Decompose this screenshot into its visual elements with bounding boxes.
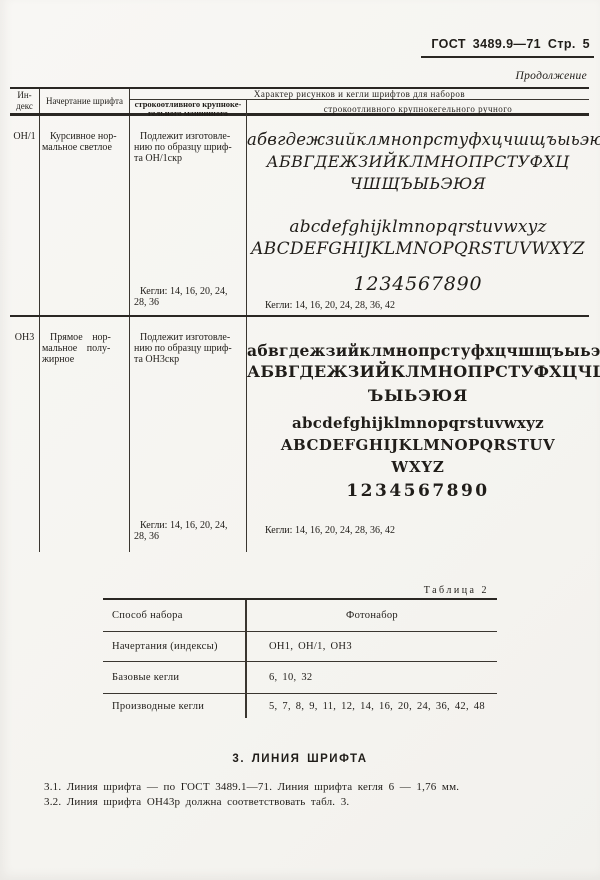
- specimen-cyrillic-uppercase-1: АБВГДЕЖЗИЙКЛМНОПРСТУФХЦЧШЩ: [247, 362, 589, 381]
- paragraph-3-1: 3.1. Линия шрифта — по ГОСТ 3489.1—71. Л…: [44, 780, 564, 795]
- manual-kegli: Кегли: 14, 16, 20, 24, 28, 36, 42: [265, 525, 395, 536]
- specimen-latin-lowercase: abcdefghijklmnopqrstuvwxyz: [247, 217, 589, 237]
- table2-header-row: Способ набора Фотонабор: [103, 600, 497, 632]
- font-specimen-table: Ин-декс Начертание шрифта Характер рисун…: [10, 87, 589, 552]
- cell-index: ОН/1: [10, 116, 40, 315]
- column-header-typeface: Начертание шрифта: [40, 89, 130, 113]
- table2-row-base-sizes: Базовые кегли 6, 10, 32: [103, 662, 497, 694]
- table2-row-derived-sizes: Производные кегли 5, 7, 8, 9, 11, 12, 14…: [103, 694, 497, 722]
- cell-machine-note: Подлежит изготовле- нию по образцу шриф-…: [130, 317, 247, 552]
- specimen-cyrillic-lowercase: абвгдежзийклмнопрстуфхцчшщъыьэюя: [247, 130, 589, 149]
- specimen-latin-lowercase: abcdefghijklmnopqrstuvwxyz: [247, 414, 589, 432]
- specimen-latin-uppercase: ABCDEFGHIJKLMNOPQRSTUVWXYZ: [247, 239, 589, 259]
- specimen-latin-uppercase-1: ABCDEFGHIJKLMNOPQRSTUV: [247, 436, 589, 454]
- table2-row-indices: Начертания (индексы) ОН1, ОН/1, ОН3: [103, 632, 497, 662]
- table2-caption: Таблица 2: [103, 585, 497, 596]
- specimen-cyrillic-lowercase: абвгдежзийклмнопрстуфхцчшщъыьэюя: [247, 341, 589, 360]
- scanned-document-page: ГОСТ 3489.9—71 Стр. 5 Продолжение Ин-дек…: [0, 0, 600, 880]
- cell-specimen-italic: абвгдежзийклмнопрстуфхцчшщъыьэюя АБВГДЕЖ…: [247, 116, 589, 315]
- cell-index: ОН3: [10, 317, 40, 552]
- cell-machine-note: Подлежит изготовле- нию по образцу шриф-…: [130, 116, 247, 315]
- font-table-header: Ин-декс Начертание шрифта Характер рисун…: [10, 87, 589, 116]
- section3-paragraphs: 3.1. Линия шрифта — по ГОСТ 3489.1—71. Л…: [44, 780, 564, 810]
- cell-typeface: Прямое нор- мальное полу- жирное: [40, 317, 130, 552]
- table2-header-value: Фотонабор: [245, 600, 497, 631]
- paragraph-3-2: 3.2. Линия шрифта ОН43р должна соответст…: [44, 795, 564, 810]
- specimen-cyrillic-uppercase-2: ЧШЩЪЫЬЭЮЯ: [247, 174, 589, 193]
- manual-kegli: Кегли: 14, 16, 20, 24, 28, 36, 42: [265, 300, 395, 311]
- table-row-on3: ОН3 Прямое нор- мальное полу- жирное Под…: [10, 317, 589, 552]
- specimen-latin-uppercase-2: WXYZ: [247, 458, 589, 476]
- page-header-title: ГОСТ 3489.9—71 Стр. 5: [421, 37, 594, 58]
- column-header-group: Характер рисунков и кегли шрифтов для на…: [130, 89, 589, 113]
- machine-kegli: Кегли: 14, 16, 20, 24, 28, 36: [134, 286, 243, 308]
- section3-heading: 3. ЛИНИЯ ШРИФТА: [0, 753, 600, 765]
- specimen-digits: 1234567890: [247, 273, 589, 295]
- photoset-table: Способ набора Фотонабор Начертания (инде…: [103, 598, 497, 722]
- cell-typeface: Курсивное нор- мальное светлое: [40, 116, 130, 315]
- cell-specimen-bold: абвгдежзийклмнопрстуфхцчшщъыьэюя АБВГДЕЖ…: [247, 317, 589, 552]
- machine-kegli: Кегли: 14, 16, 20, 24, 28, 36: [134, 520, 243, 542]
- table2-header-label: Способ набора: [103, 610, 245, 621]
- table-row-on1: ОН/1 Курсивное нор- мальное светлое Подл…: [10, 116, 589, 317]
- specimen-digits: 1234567890: [247, 481, 589, 501]
- continuation-label: Продолжение: [516, 70, 587, 82]
- specimen-cyrillic-uppercase-2: ЪЫЬЭЮЯ: [247, 386, 589, 405]
- specimen-cyrillic-uppercase-1: АБВГДЕЖЗИЙКЛМНОПРСТУФХЦ: [247, 152, 589, 171]
- column-header-index: Ин-декс: [10, 89, 40, 113]
